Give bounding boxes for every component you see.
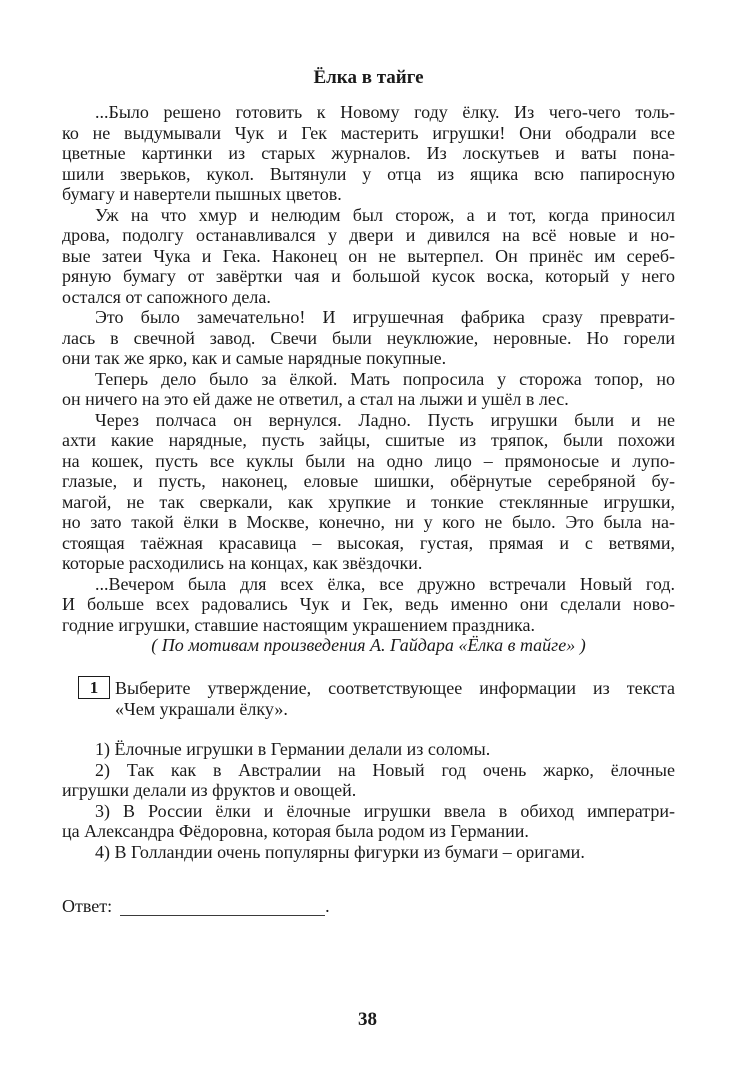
option-line: 4) В Голландии очень популярны фигурки и… xyxy=(62,842,675,863)
option-line: 3) В России ёлки и ёлочные игрушки ввела… xyxy=(62,801,675,822)
story-line: они так же ярко, как и самые нарядные по… xyxy=(62,348,675,369)
story-line: годние игрушки, ставшие настоящим украше… xyxy=(62,615,675,636)
answer-label: Ответ: xyxy=(62,896,112,916)
story-line: вые затеи Чука и Гека. Наконец он не выт… xyxy=(62,246,675,267)
story-title: Ёлка в тайге xyxy=(62,67,675,89)
story-line: ахти какие нарядные, пусть зайцы, сшитые… xyxy=(62,430,675,451)
option-line: 2) Так как в Австралии на Новый год очен… xyxy=(62,760,675,781)
story-line: Уж на что хмур и нелюдим был сторож, а и… xyxy=(62,205,675,226)
story-line: которые расходились на концах, как звёзд… xyxy=(62,553,675,574)
story-line: ко не выдумывали Чук и Гек мастерить игр… xyxy=(62,123,675,144)
task-prompt: Выберите утверждение, соответствующее ин… xyxy=(115,678,675,719)
story-text: ...Было решено готовить к Новому году ёл… xyxy=(62,102,675,656)
option-line: игрушки делали из фруктов и овощей. xyxy=(62,780,675,801)
story-line: но зато такой ёлки в Москве, конечно, ни… xyxy=(62,512,675,533)
answer-period: . xyxy=(325,896,330,916)
story-line: ряную бумагу от завёртки чая и большой к… xyxy=(62,266,675,287)
story-line: ...Вечером была для всех ёлка, все дружн… xyxy=(62,574,675,595)
story-line: ...Было решено готовить к Новому году ёл… xyxy=(62,102,675,123)
story-line: ( По мотивам произведения А. Гайдара «Ёл… xyxy=(62,635,675,656)
option-line: 1) Ёлочные игрушки в Германии делали из … xyxy=(62,739,675,760)
story-line: шили зверьков, кукол. Вытянули у отца из… xyxy=(62,164,675,185)
story-line: Через полчаса он вернулся. Ладно. Пусть … xyxy=(62,410,675,431)
task-prompt-line: Выберите утверждение, соответствующее ин… xyxy=(115,678,675,699)
options-list: 1) Ёлочные игрушки в Германии делали из … xyxy=(62,739,675,862)
story-line: он ничего на это ей даже не ответил, а с… xyxy=(62,389,675,410)
story-line: глазые, и пусть, наконец, еловые шишки, … xyxy=(62,471,675,492)
option-line: ца Александра Фёдоровна, которая была ро… xyxy=(62,821,675,842)
story-line: Теперь дело было за ёлкой. Мать попросил… xyxy=(62,369,675,390)
page-number: 38 xyxy=(0,1008,735,1032)
story-line: стоящая таёжная красавица – высокая, гус… xyxy=(62,533,675,554)
story-line: Это было замечательно! И игрушечная фабр… xyxy=(62,307,675,328)
worksheet-page: Ёлка в тайге ...Было решено готовить к Н… xyxy=(0,0,735,1080)
story-line: дрова, подолгу останавливался у двери и … xyxy=(62,225,675,246)
story-line: бумагу и навертели пышных цветов. xyxy=(62,184,675,205)
story-line: на кошек, пусть все куклы были на одно л… xyxy=(62,451,675,472)
task-prompt-line: «Чем украшали ёлку». xyxy=(115,699,675,720)
answer-blank xyxy=(120,914,325,916)
story-line: магой, не так сверкали, как хрупкие и то… xyxy=(62,492,675,513)
task-number-box: 1 xyxy=(78,676,110,699)
story-line: цветные картинки из старых журналов. Из … xyxy=(62,143,675,164)
task-block: 1 Выберите утверждение, соответствующее … xyxy=(78,678,675,719)
story-line: остался от сапожного дела. xyxy=(62,287,675,308)
story-line: лась в свечной завод. Свечи были неуклюж… xyxy=(62,328,675,349)
story-line: И больше всех радовались Чук и Гек, ведь… xyxy=(62,594,675,615)
answer-row: Ответ:. xyxy=(62,896,330,918)
